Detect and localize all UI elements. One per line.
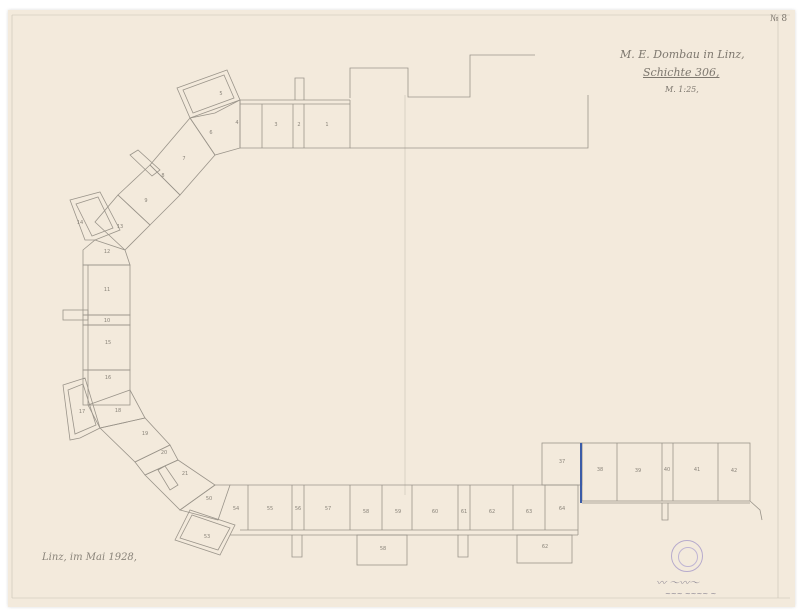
svg-text:5: 5 (219, 91, 222, 97)
svg-text:12: 12 (104, 249, 110, 255)
svg-text:20: 20 (161, 450, 167, 456)
svg-text:61: 61 (461, 509, 467, 515)
svg-text:62: 62 (489, 509, 495, 515)
drawing-title: M. E. Dombau in Linz, (620, 48, 745, 61)
right-stone-block: 37 38 39 40 41 42 (542, 443, 762, 520)
svg-text:58: 58 (363, 509, 369, 515)
drawing-subtitle: Schichte 306, (643, 66, 719, 79)
svg-text:3: 3 (274, 122, 277, 128)
svg-text:63: 63 (526, 509, 532, 515)
stamp-icon (671, 540, 703, 572)
svg-text:11: 11 (104, 287, 110, 293)
left-vertical-stones: 11 10 15 16 (63, 265, 130, 405)
svg-text:37: 37 (559, 459, 565, 465)
svg-text:10: 10 (104, 318, 110, 324)
drawing-scale: M. 1:25, (665, 85, 699, 94)
svg-text:53: 53 (204, 534, 210, 540)
svg-text:2: 2 (297, 122, 300, 128)
svg-text:4: 4 (235, 120, 238, 126)
svg-text:15: 15 (105, 340, 111, 346)
svg-text:8: 8 (161, 173, 164, 179)
svg-text:17: 17 (79, 409, 85, 415)
place-date: Linz, im Mai 1928, (42, 552, 137, 563)
svg-text:6: 6 (209, 130, 212, 136)
svg-text:9: 9 (144, 198, 147, 204)
svg-text:42: 42 (731, 468, 737, 474)
svg-text:55: 55 (267, 506, 273, 512)
svg-text:64: 64 (559, 506, 565, 512)
svg-text:14: 14 (77, 220, 83, 226)
svg-text:21: 21 (182, 471, 188, 477)
svg-text:19: 19 (142, 431, 148, 437)
svg-text:57: 57 (325, 506, 331, 512)
signature: 〰 〜〰〜 (656, 574, 699, 589)
svg-text:41: 41 (694, 467, 700, 473)
svg-text:54: 54 (233, 506, 239, 512)
svg-text:18: 18 (115, 408, 121, 414)
top-stone-row: 4 3 2 1 (235, 55, 588, 148)
bottom-stone-row: 54 55 56 57 58 59 60 61 62 63 64 58 62 (230, 485, 578, 565)
svg-text:50: 50 (206, 496, 212, 502)
svg-text:60: 60 (432, 509, 438, 515)
svg-text:40: 40 (664, 467, 670, 473)
svg-text:38: 38 (597, 467, 603, 473)
svg-text:62: 62 (542, 544, 548, 550)
svg-text:56: 56 (295, 506, 301, 512)
lower-left-diagonal-stones: 17 18 19 20 21 50 53 (63, 378, 235, 555)
signature-sub: ~~~ ~~~~ ~ (665, 590, 716, 598)
svg-text:59: 59 (395, 509, 401, 515)
sheet-number: № 8 (770, 14, 787, 24)
svg-text:58: 58 (380, 546, 386, 552)
svg-text:39: 39 (635, 468, 641, 474)
svg-text:7: 7 (182, 156, 185, 162)
svg-text:16: 16 (105, 375, 111, 381)
upper-left-diagonal-stones: 5 6 7 8 9 14 13 12 (70, 70, 240, 265)
svg-text:13: 13 (117, 224, 123, 230)
svg-text:1: 1 (325, 122, 328, 128)
